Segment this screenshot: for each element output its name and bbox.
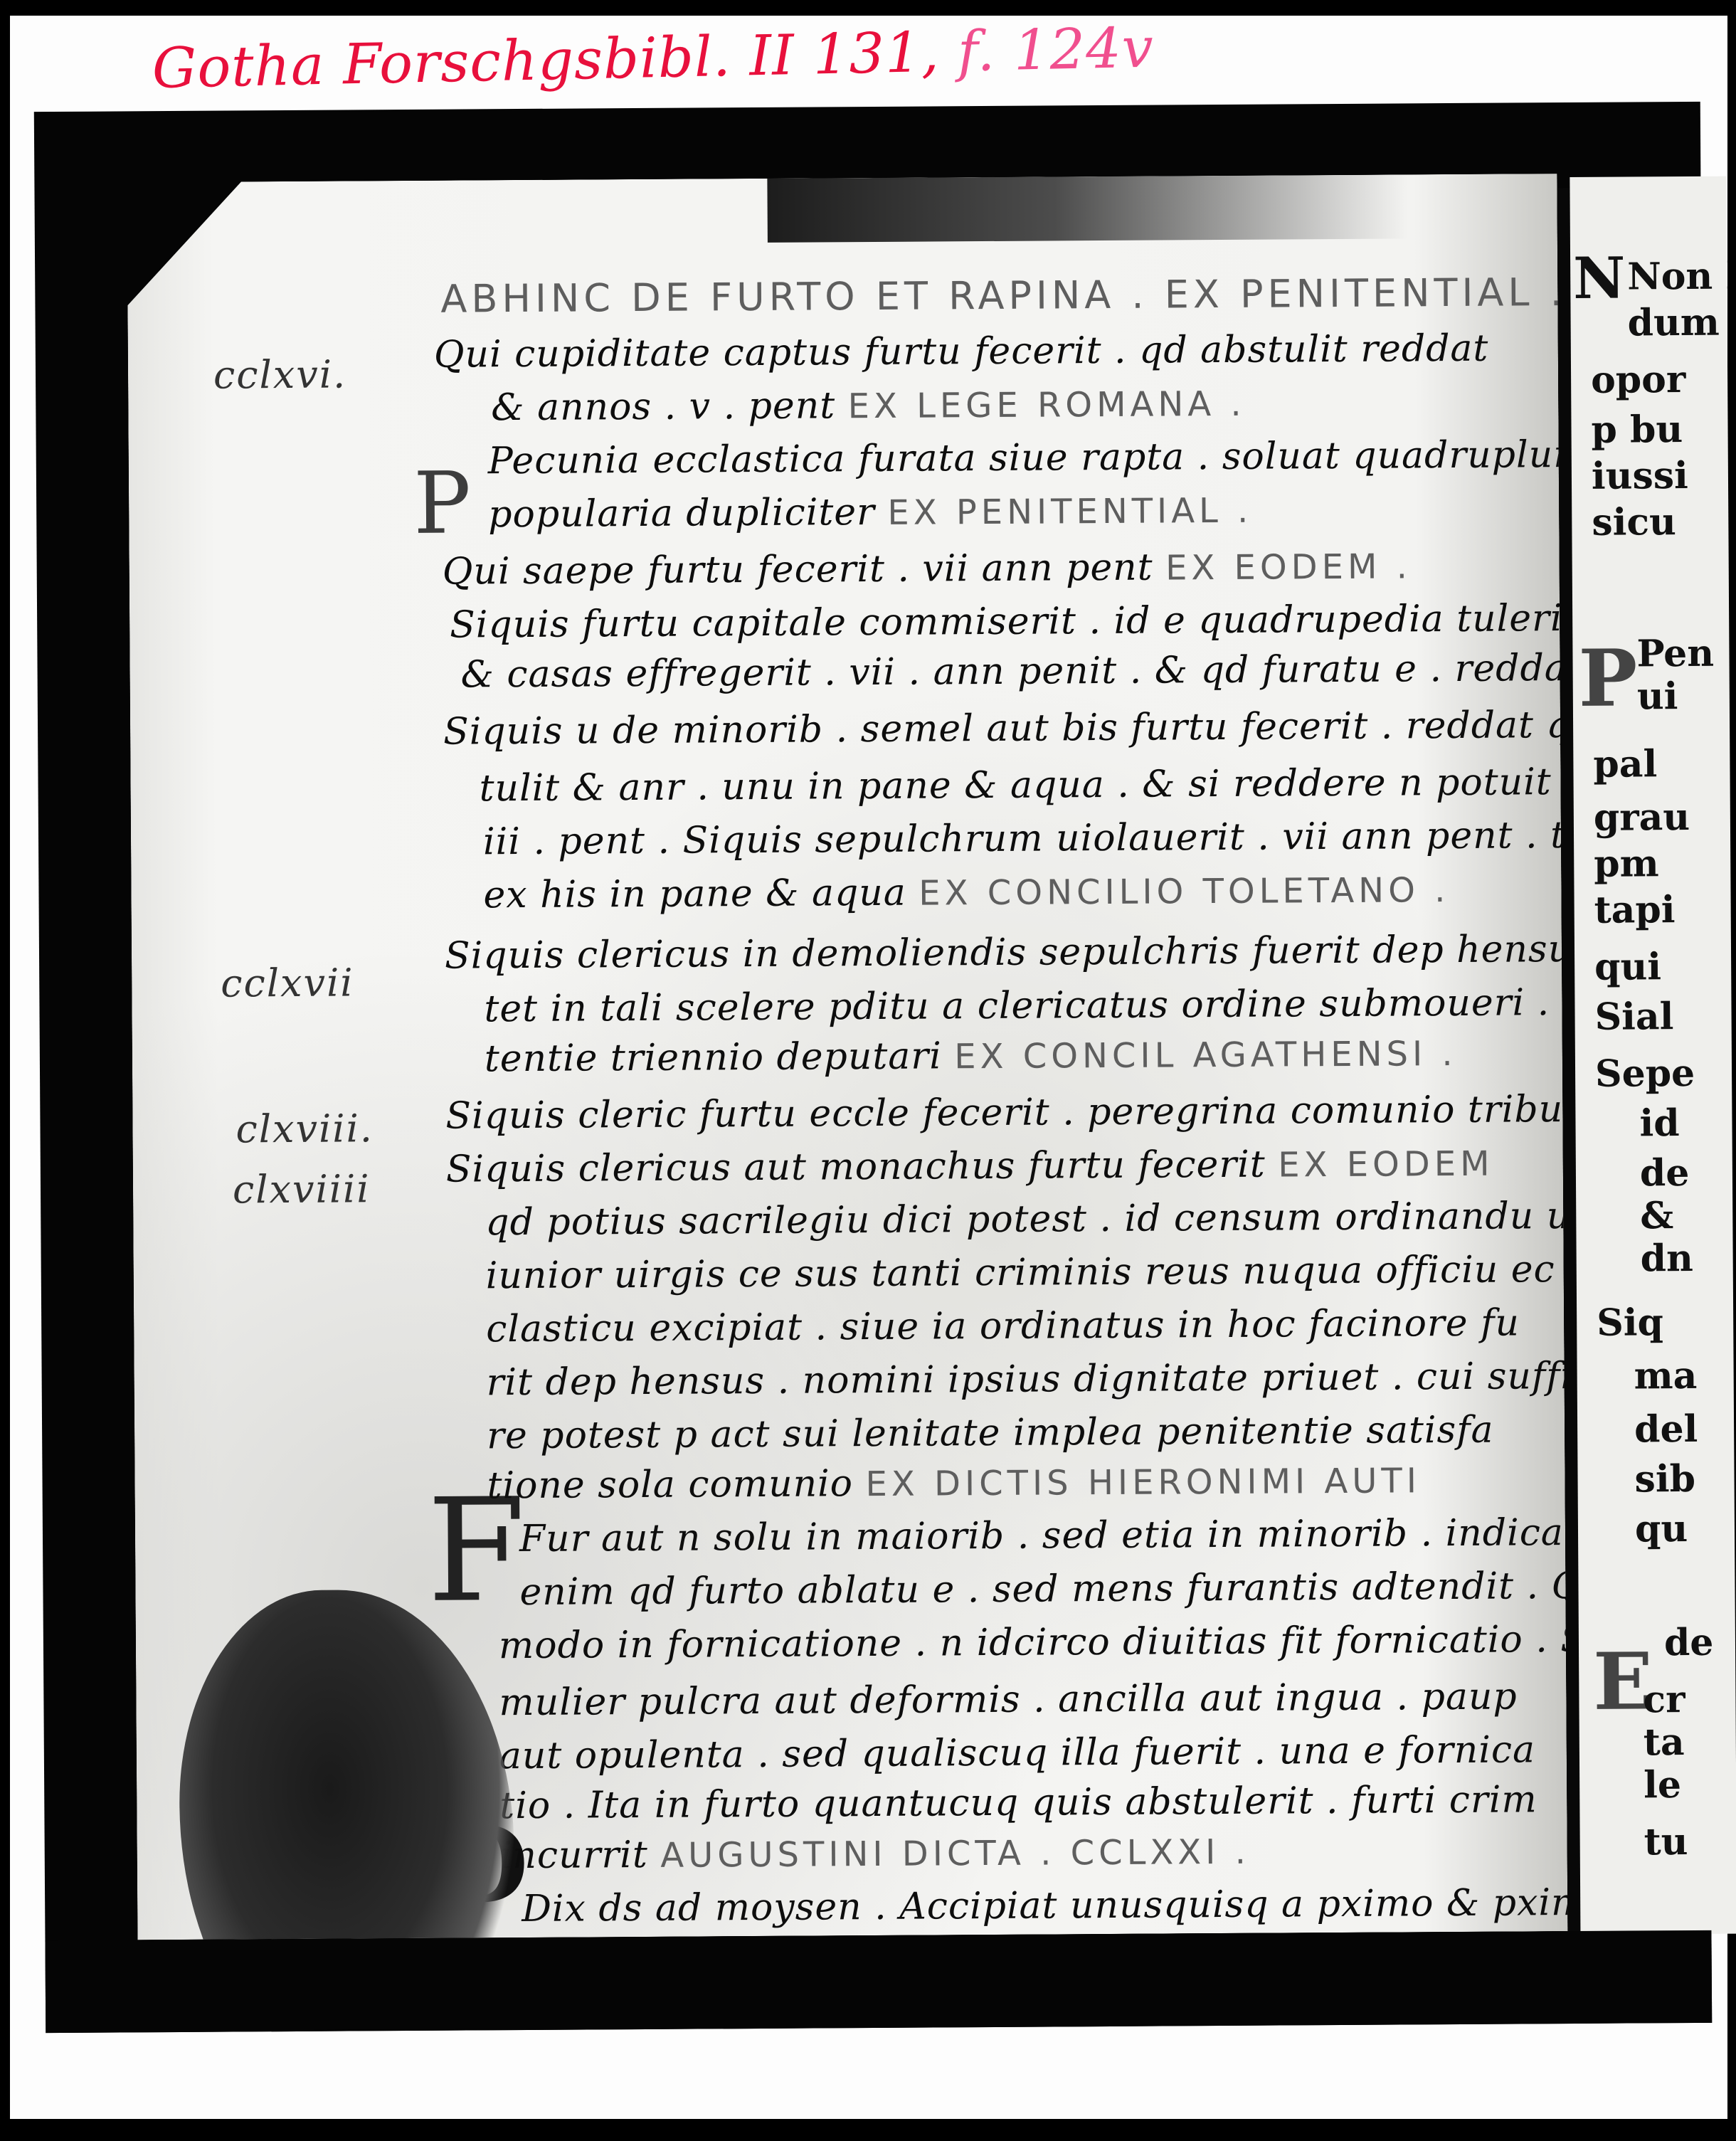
left-page: ABHINC DE FURTO ET RAPINA . EX PENITENTI… <box>127 174 1567 1940</box>
margin-number: cclxvii <box>221 960 354 1005</box>
right-page-partial: N P E Non l dum opor p bu iussi sicu Pen… <box>1570 176 1736 1935</box>
text-line: tapi <box>1594 888 1675 932</box>
binding-shadow <box>767 174 1408 242</box>
text-line: Fur aut n solu in maiorib . sed etia in … <box>519 1511 1698 1560</box>
margin-number: cclxvi. <box>213 352 347 398</box>
text-line: qd potius sacrilegiu dici potest . id ce… <box>485 1195 1587 1244</box>
text-line: Dix ds ad moysen . Accipiat unusquisq a … <box>522 1881 1610 1930</box>
text-line: iussi <box>1592 454 1688 498</box>
text-line: tio . Ita in furto quantucuq quis abstul… <box>499 1778 1537 1827</box>
text-line: ui <box>1637 675 1678 718</box>
text-line: Qui cupiditate captus furtu fecerit . qd… <box>434 327 1489 376</box>
manuscript-photograph: ABHINC DE FURTO ET RAPINA . EX PENITENTI… <box>34 102 1712 2033</box>
text-line: re potest p act sui lenitate implea peni… <box>487 1409 1494 1458</box>
text-line: p bu <box>1591 408 1683 452</box>
text-line: cr <box>1643 1678 1685 1721</box>
text-line: dum <box>1627 301 1720 345</box>
text-line: Siquis cleric furtu eccle fecerit . pere… <box>445 1088 1602 1138</box>
text-line: Pecunia ecclastica furata siue rapta . s… <box>488 433 1589 482</box>
shelfmark-caption: Gotha Forschgsbibl. II 131, f. 124v <box>152 16 1155 101</box>
text-line: opor <box>1591 358 1685 402</box>
photo-print: Gotha Forschgsbibl. II 131, f. 124v ABHI… <box>10 16 1727 2119</box>
initial-letter-p: P <box>1578 632 1638 724</box>
text-line: ta <box>1644 1720 1685 1764</box>
text-line: ex his in pane & aqua EX CONCILIO TOLETA… <box>483 868 1449 916</box>
text-line: Siq <box>1597 1301 1663 1345</box>
text-line: modo in fornicatione . n idcirco diuitia… <box>499 1618 1599 1667</box>
text-line: tu <box>1644 1820 1688 1864</box>
text-line: sib <box>1634 1457 1695 1501</box>
photo-bottom-border <box>45 1930 1712 2033</box>
text-line: ma <box>1634 1354 1697 1398</box>
text-line: Qui saepe furtu fecerit . vii ann pent E… <box>443 544 1412 593</box>
text-line: enim qd furto ablatu e . sed mens furant… <box>519 1565 1630 1614</box>
text-line: de <box>1640 1151 1690 1195</box>
text-line: le <box>1644 1763 1681 1807</box>
text-line: qui <box>1594 945 1661 989</box>
text-line: tentie triennio deputari EX CONCIL AGATH… <box>485 1032 1457 1080</box>
text-line: qu <box>1635 1507 1688 1550</box>
text-line: aut opulenta . sed qualiscuq illa fuerit… <box>499 1728 1536 1777</box>
text-line: Siquis u de minorib . semel aut bis furt… <box>443 704 1595 754</box>
text-line: & <box>1640 1194 1673 1237</box>
text-line: Pen <box>1636 632 1714 676</box>
text-line: dn <box>1640 1237 1693 1280</box>
margin-number: clxviiii <box>233 1166 371 1212</box>
text-line: Siquis furtu capitale commiserit . id e … <box>450 597 1579 647</box>
text-line: del <box>1634 1407 1698 1452</box>
text-line: incurrit AUGUSTINI DICTA . CCLXXI . <box>500 1830 1250 1877</box>
text-line: Siquis clericus in demoliendis sepulchri… <box>445 927 1718 978</box>
folio-number: f. 124v <box>957 16 1154 85</box>
initial-letter-n: N <box>1573 245 1626 312</box>
text-line: tet in tali scelere pditu a clericatus o… <box>484 980 1680 1030</box>
margin-number: clxviii. <box>235 1106 374 1151</box>
text-line: tione sola comunio EX DICTIS HIERONIMI A… <box>487 1459 1421 1507</box>
text-line: mulier pulcra aut deformis . ancilla aut… <box>499 1675 1518 1724</box>
text-line: pm <box>1594 842 1659 886</box>
text-line: iii . pent . Siquis sepulchrum uiolaueri… <box>483 814 1627 864</box>
section-heading: ABHINC DE FURTO ET RAPINA . EX PENITENTI… <box>440 270 1567 322</box>
text-line: Sial <box>1594 995 1673 1039</box>
text-line: Siquis clericus aut monachus furtu fecer… <box>446 1142 1494 1191</box>
text-line: & casas effregerit . vii . ann penit . &… <box>460 647 1582 697</box>
text-line: rit dep hensus . nomini ipsius dignitate… <box>487 1355 1595 1405</box>
shelfmark: II 131 <box>748 21 921 88</box>
text-line: popularia dupliciter EX PENITENTIAL . <box>488 489 1252 536</box>
text-line: tulit & anr . unu in pane & aqua . & si … <box>479 760 1661 810</box>
text-line: Sepe <box>1595 1052 1695 1096</box>
text-line: grau <box>1594 795 1690 840</box>
text-line: de <box>1664 1621 1714 1664</box>
text-line: Non l <box>1627 255 1736 299</box>
text-line: id <box>1639 1101 1679 1145</box>
text-line: iunior uirgis ce sus tanti criminis reus… <box>486 1248 1555 1297</box>
initial-letter-p: P <box>413 454 472 553</box>
text-line: clasticu excipiat . siue ia ordinatus in… <box>486 1301 1520 1350</box>
text-line: pal <box>1593 742 1657 786</box>
text-line: & annos . v . pent EX LEGE ROMANA . <box>491 382 1246 429</box>
library-name: Gotha Forschgsbibl. <box>152 25 731 101</box>
text-line: sicu <box>1592 500 1676 544</box>
